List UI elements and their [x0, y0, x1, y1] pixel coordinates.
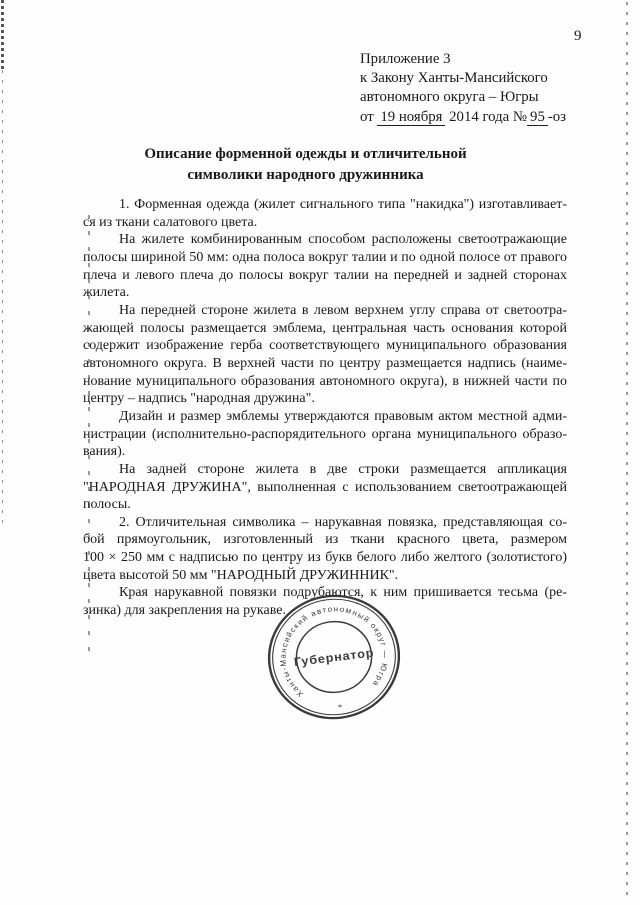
body-paragraph: 2. Отличительная символика – нарукавная …	[83, 514, 567, 585]
body-paragraph: На жилете комбинированным способом распо…	[83, 231, 567, 302]
body-line: бой прямоугольник, изготовленный из ткан…	[83, 531, 567, 549]
date-prefix: от	[360, 109, 374, 125]
appendix-block: Приложение 3 к Закону Ханты-Мансийского …	[360, 50, 620, 127]
appendix-line: автономного округа – Югры	[360, 88, 620, 107]
doc-number-handwritten: 95	[527, 109, 548, 126]
body-paragraph: На задней стороне жилета в две строки ра…	[83, 461, 567, 514]
body-line: жающей полосы размещается эмблема, центр…	[83, 320, 567, 338]
doc-title-line: символики народного дружинника	[83, 165, 528, 186]
body-line: На задней стороне жилета в две строки ра…	[83, 461, 567, 479]
body-paragraph: 1. Форменная одежда (жилет сигнального т…	[83, 196, 567, 231]
appendix-line: Приложение 3	[360, 50, 620, 69]
stamp-graphic: Ханты-Мансийский автономный округ — Югра…	[258, 584, 411, 730]
body-line: автономного округа. В верхней части по ц…	[83, 355, 567, 373]
body-line: 100 × 250 мм с надписью по центру из бук…	[83, 549, 567, 567]
scan-artifact-left-top	[1, 0, 4, 70]
stamp-center-text: Губернатор	[293, 646, 375, 669]
body-paragraph: Дизайн и размер эмблемы утверждаются пра…	[83, 408, 567, 461]
body-line: вания).	[83, 443, 567, 461]
body-line: полосы.	[83, 496, 567, 514]
body-line: содержит изображение герба соответствующ…	[83, 337, 567, 355]
date-line: от 19 ноября 2014 года №95-оз	[360, 108, 620, 127]
body-line: 1. Форменная одежда (жилет сигнального т…	[83, 196, 567, 214]
body-line: плеча и левого плеча до полосы вокруг та…	[83, 267, 567, 285]
body-line: нистрации (исполнительно-распорядительно…	[83, 426, 567, 444]
appendix-line: к Закону Ханты-Мансийского	[360, 69, 620, 88]
document-page: 9 Приложение 3 к Закону Ханты-Мансийског…	[0, 0, 640, 905]
doc-number-suffix: -оз	[548, 109, 566, 125]
body-line: полосы шириной 50 мм: одна полоса вокруг…	[83, 249, 567, 267]
scan-artifact-right	[626, 2, 628, 902]
page-number: 9	[574, 28, 582, 45]
governor-stamp: Ханты-Мансийский автономный округ — Югра…	[258, 584, 411, 730]
body-line: "НАРОДНАЯ ДРУЖИНА", выполненная с исполь…	[83, 479, 567, 497]
date-middle: 2014 года №	[449, 109, 527, 125]
body-line: ся из ткани салатового цвета.	[83, 214, 567, 232]
body-line: Дизайн и размер эмблемы утверждаются пра…	[83, 408, 567, 426]
body-paragraph: На передней стороне жилета в левом верхн…	[83, 302, 567, 408]
body-line: жилета.	[83, 284, 567, 302]
doc-title-line: Описание форменной одежды и отличительно…	[83, 144, 528, 165]
body-line: На передней стороне жилета в левом верхн…	[83, 302, 567, 320]
body-line: центру – надпись "народная дружина".	[83, 390, 567, 408]
body-line: цвета высотой 50 мм "НАРОДНЫЙ ДРУЖИННИК"…	[83, 567, 567, 585]
doc-title: Описание форменной одежды и отличительно…	[83, 144, 528, 185]
scan-artifact-left	[2, 70, 3, 525]
body-text: 1. Форменная одежда (жилет сигнального т…	[83, 196, 567, 620]
date-day-month-handwritten: 19 ноября	[377, 109, 445, 126]
body-line: На жилете комбинированным способом распо…	[83, 231, 567, 249]
body-line: нование муниципального образования автон…	[83, 373, 567, 391]
body-line: 2. Отличительная символика – нарукавная …	[83, 514, 567, 532]
stamp-bottom-star: *	[337, 702, 343, 712]
